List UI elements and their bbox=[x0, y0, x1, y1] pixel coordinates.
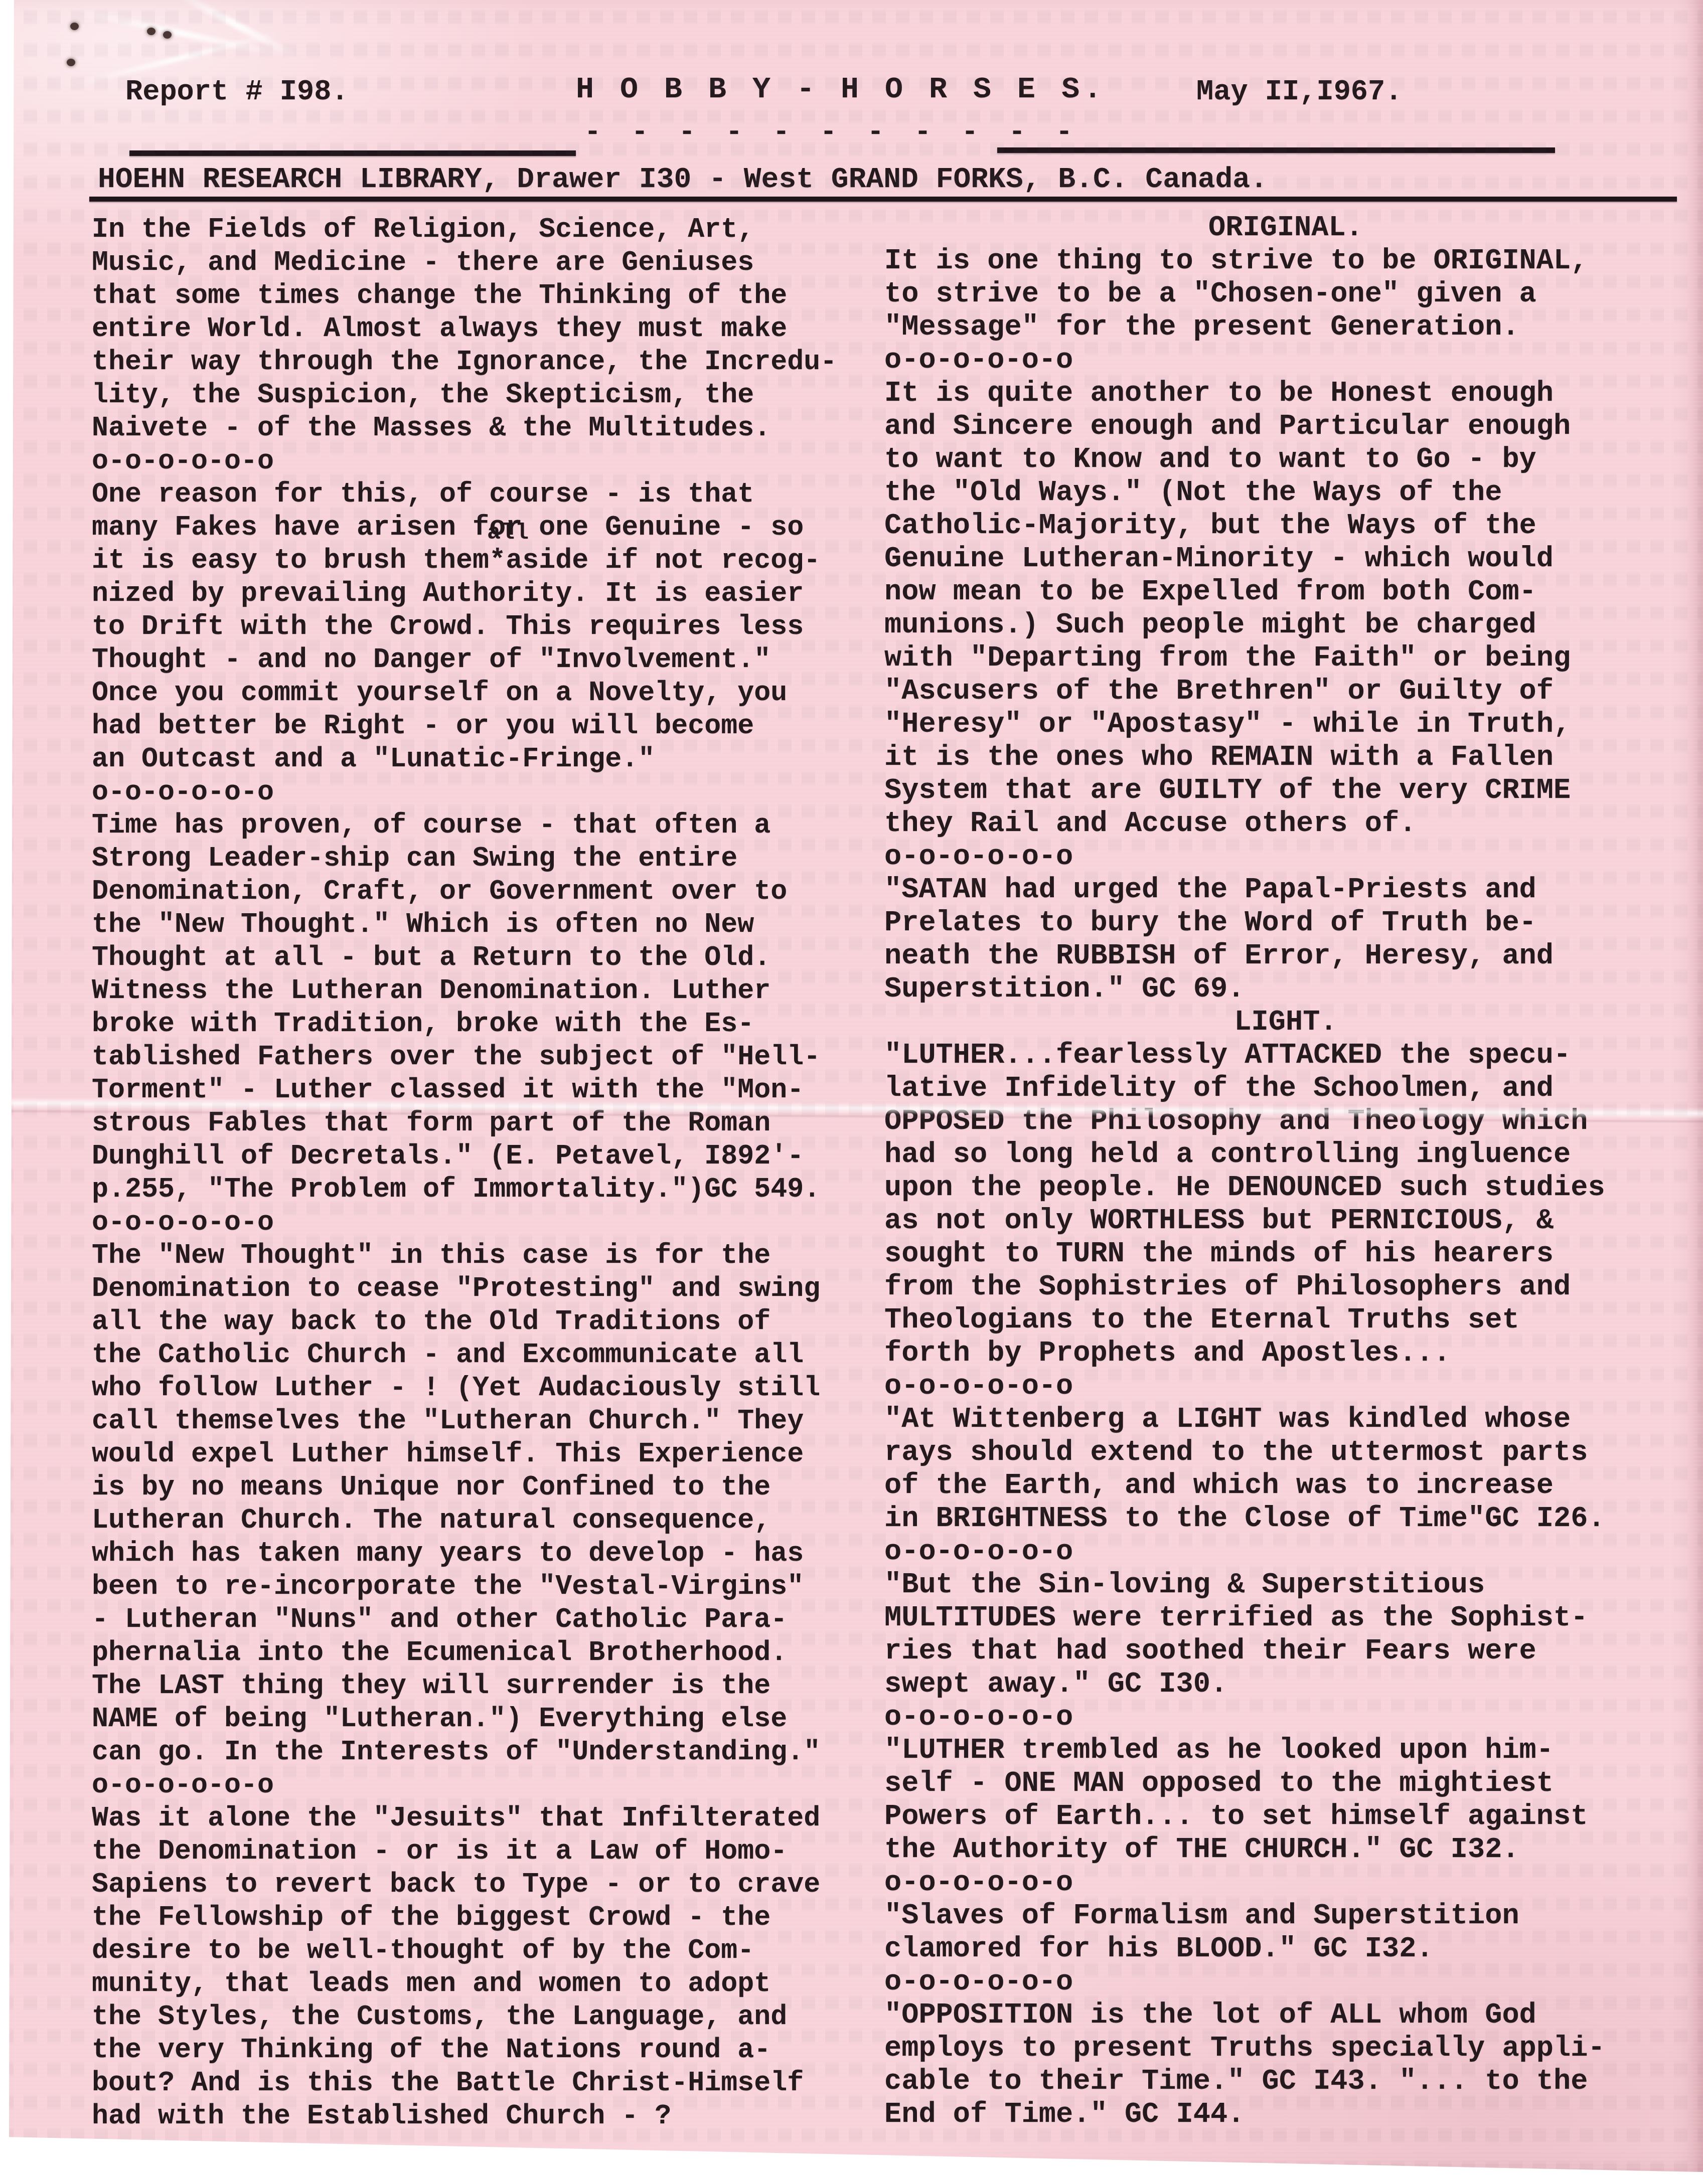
body-line: many Fakes have arisen for one Genuine -… bbox=[92, 511, 867, 544]
body-line: Naivete - of the Masses & the Multitudes… bbox=[92, 412, 867, 445]
body-line: been to re-incorporate the "Vestal-Virgi… bbox=[92, 1570, 867, 1603]
divider-line: o-o-o-o-o-o bbox=[92, 1769, 867, 1802]
body-line: One reason for this, of course - is that bbox=[92, 478, 867, 511]
body-line: tablished Fathers over the subject of "H… bbox=[92, 1041, 867, 1074]
body-line: the "New Thought." Which is often no New bbox=[92, 908, 867, 941]
masthead-rule-left bbox=[129, 150, 576, 156]
staple-hole bbox=[70, 23, 79, 30]
body-line: Theologians to the Eternal Truths set bbox=[884, 1304, 1687, 1337]
body-line: it is easy to brush them*aside if not re… bbox=[92, 544, 867, 577]
body-line: "Slaves of Formalism and Superstition bbox=[884, 1900, 1687, 1933]
body-line: phernalia into the Ecumenical Brotherhoo… bbox=[92, 1636, 867, 1669]
page-title: H O B B Y - H O R S E S. bbox=[576, 73, 1106, 107]
body-line: as not only WORTHLESS but PERNICIOUS, & bbox=[884, 1205, 1687, 1238]
body-line: to Drift with the Crowd. This requires l… bbox=[92, 610, 867, 643]
body-line: that some times change the Thinking of t… bbox=[92, 279, 867, 312]
body-line: neath the RUBBISH of Error, Heresy, and bbox=[884, 940, 1687, 973]
body-line: nized by prevailing Authority. It is eas… bbox=[92, 577, 867, 610]
body-line: "But the Sin-loving & Superstitious bbox=[884, 1569, 1687, 1602]
divider-line: o-o-o-o-o-o bbox=[884, 1370, 1687, 1403]
body-line: and Sincere enough and Particular enough bbox=[884, 410, 1687, 443]
body-line: It is one thing to strive to be ORIGINAL… bbox=[884, 245, 1687, 278]
body-line: Was it alone the "Jesuits" that Infilter… bbox=[92, 1802, 867, 1835]
body-line: "At Wittenberg a LIGHT was kindled whose bbox=[884, 1403, 1687, 1436]
body-line: Genuine Lutheran-Minority - which would bbox=[884, 543, 1687, 576]
staple-hole bbox=[163, 31, 172, 39]
body-line: rays should extend to the uttermost part… bbox=[884, 1436, 1687, 1469]
body-line: sought to TURN the minds of his hearers bbox=[884, 1238, 1687, 1271]
body-line: Denomination, Craft, or Government over … bbox=[92, 875, 867, 908]
body-line: "OPPOSITION is the lot of ALL whom God bbox=[884, 1999, 1687, 2032]
body-line: cable to their Time." GC I43. "... to th… bbox=[884, 2065, 1687, 2098]
section-heading: ORIGINAL. bbox=[884, 212, 1687, 245]
divider-line: o-o-o-o-o-o bbox=[884, 841, 1687, 874]
body-line: had with the Established Church - ? bbox=[92, 2100, 867, 2133]
body-line: "Ascusers of the Brethren" or Guilty of bbox=[884, 675, 1687, 708]
body-line: their way through the Ignorance, the Inc… bbox=[92, 346, 867, 379]
divider-line: o-o-o-o-o-o bbox=[92, 1206, 867, 1239]
body-line: is by no means Unique nor Confined to th… bbox=[92, 1471, 867, 1504]
body-line: Prelates to bury the Word of Truth be- bbox=[884, 907, 1687, 940]
body-line: of the Earth, and which was to increase bbox=[884, 1469, 1687, 1502]
body-line: Music, and Medicine - there are Geniuses bbox=[92, 246, 867, 279]
body-line: call themselves the "Lutheran Church." T… bbox=[92, 1405, 867, 1438]
body-line: System that are GUILTY of the very CRIME bbox=[884, 774, 1687, 807]
body-line: all the way back to the Old Traditions o… bbox=[92, 1305, 867, 1338]
body-line: would expel Luther himself. This Experie… bbox=[92, 1438, 867, 1471]
body-line: had so long held a controlling ingluence bbox=[884, 1138, 1687, 1171]
body-line: It is quite another to be Honest enough bbox=[884, 377, 1687, 410]
body-line: the Styles, the Customs, the Language, a… bbox=[92, 2000, 867, 2034]
section-heading: LIGHT. bbox=[884, 1006, 1687, 1039]
divider-line: o-o-o-o-o-o bbox=[92, 445, 867, 478]
body-line: broke with Tradition, broke with the Es- bbox=[92, 1007, 867, 1041]
address-line: HOEHN RESEARCH LIBRARY, Drawer I30 - Wes… bbox=[98, 163, 1268, 196]
body-line: munions.) Such people might be charged bbox=[884, 609, 1687, 642]
staple-hole bbox=[147, 28, 156, 35]
body-line: bout? And is this the Battle Christ-Hims… bbox=[92, 2067, 867, 2100]
body-line: Lutheran Church. The natural consequence… bbox=[92, 1504, 867, 1537]
body-line: from the Sophistries of Philosophers and bbox=[884, 1271, 1687, 1304]
body-line: Catholic-Majority, but the Ways of the bbox=[884, 510, 1687, 543]
issue-date: May II,I967. bbox=[1196, 76, 1402, 108]
body-line: the "Old Ways." (Not the Ways of the bbox=[884, 476, 1687, 510]
body-line: "LUTHER...fearlessly ATTACKED the specu- bbox=[884, 1039, 1687, 1072]
body-line: who follow Luther - ! (Yet Audaciously s… bbox=[92, 1372, 867, 1405]
divider-line: o-o-o-o-o-o bbox=[884, 344, 1687, 377]
body-line: clamored for his BLOOD." GC I32. bbox=[884, 1933, 1687, 1966]
body-line: the very Thinking of the Nations round a… bbox=[92, 2034, 867, 2067]
body-line: Thought at all - but a Return to the Old… bbox=[92, 941, 867, 974]
masthead-rule-right bbox=[997, 147, 1555, 153]
body-line: the Catholic Church - and Excommunicate … bbox=[92, 1338, 867, 1372]
body-line: lative Infidelity of the Schoolmen, and bbox=[884, 1072, 1687, 1105]
body-line: - Lutheran "Nuns" and other Catholic Par… bbox=[92, 1603, 867, 1636]
body-line: End of Time." GC I44. bbox=[884, 2098, 1687, 2131]
typed-insertion: all bbox=[487, 520, 529, 546]
right-column: ORIGINAL.It is one thing to strive to be… bbox=[884, 212, 1687, 2131]
body-line: "Heresy" or "Apostasy" - while in Truth, bbox=[884, 708, 1687, 741]
newsletter-page: Report # I98. H O B B Y - H O R S E S. M… bbox=[0, 0, 1703, 2184]
body-line: The LAST thing they will surrender is th… bbox=[92, 1669, 867, 1703]
body-line: "SATAN had urged the Papal-Priests and bbox=[884, 874, 1687, 907]
body-line: the Fellowship of the biggest Crowd - th… bbox=[92, 1901, 867, 1934]
body-line: Denomination to cease "Protesting" and s… bbox=[92, 1272, 867, 1305]
body-line: MULTITUDES were terrified as the Sophist… bbox=[884, 1602, 1687, 1635]
body-line: the Authority of THE CHURCH." GC I32. bbox=[884, 1833, 1687, 1867]
body-line: with "Departing from the Faith" or being bbox=[884, 642, 1687, 675]
body-line: munity, that leads men and women to adop… bbox=[92, 1967, 867, 2000]
left-column: all In the Fields of Religion, Science, … bbox=[92, 213, 867, 2133]
body-line: entire World. Almost always they must ma… bbox=[92, 312, 867, 346]
body-line: employs to present Truths specially appl… bbox=[884, 2032, 1687, 2065]
body-line: Once you commit yourself on a Novelty, y… bbox=[92, 677, 867, 710]
masthead-rule-full bbox=[89, 197, 1677, 202]
body-line: it is the ones who REMAIN with a Fallen bbox=[884, 741, 1687, 774]
body-line: The "New Thought" in this case is for th… bbox=[92, 1239, 867, 1272]
body-line: forth by Prophets and Apostles... bbox=[884, 1337, 1687, 1370]
body-line: to strive to be a "Chosen-one" given a bbox=[884, 278, 1687, 311]
body-line: which has taken many years to develop - … bbox=[92, 1537, 867, 1570]
body-line: to want to Know and to want to Go - by bbox=[884, 443, 1687, 476]
body-line: Powers of Earth... to set himself agains… bbox=[884, 1800, 1687, 1833]
body-line: p.255, "The Problem of Immortality.")GC … bbox=[92, 1173, 867, 1206]
body-line: Time has proven, of course - that often … bbox=[92, 809, 867, 842]
body-line: upon the people. He DENOUNCED such studi… bbox=[884, 1171, 1687, 1205]
body-line: they Rail and Accuse others of. bbox=[884, 807, 1687, 841]
body-line: Sapiens to revert back to Type - or to c… bbox=[92, 1868, 867, 1901]
body-line: lity, the Suspicion, the Skepticism, the bbox=[92, 379, 867, 412]
body-line: Strong Leader-ship can Swing the entire bbox=[92, 842, 867, 875]
body-line: now mean to be Expelled from both Com- bbox=[884, 576, 1687, 609]
divider-line: o-o-o-o-o-o bbox=[884, 1701, 1687, 1734]
body-line: ries that had soothed their Fears were bbox=[884, 1635, 1687, 1668]
divider-line: o-o-o-o-o-o bbox=[884, 1536, 1687, 1569]
divider-line: o-o-o-o-o-o bbox=[92, 776, 867, 809]
body-line: In the Fields of Religion, Science, Art, bbox=[92, 213, 867, 246]
staple-hole bbox=[67, 59, 75, 66]
divider-line: o-o-o-o-o-o bbox=[884, 1966, 1687, 1999]
body-line: the Denomination - or is it a Law of Hom… bbox=[92, 1835, 867, 1868]
body-line: Witness the Lutheran Denomination. Luthe… bbox=[92, 974, 867, 1007]
body-line: "LUTHER trembled as he looked upon him- bbox=[884, 1734, 1687, 1767]
body-line: Thought - and no Danger of "Involvement.… bbox=[92, 643, 867, 677]
body-line: Superstition." GC 69. bbox=[884, 973, 1687, 1006]
body-line: an Outcast and a "Lunatic-Fringe." bbox=[92, 743, 867, 776]
report-number: Report # I98. bbox=[125, 76, 349, 108]
body-line: in BRIGHTNESS to the Close of Time"GC I2… bbox=[884, 1502, 1687, 1536]
body-line: can go. In the Interests of "Understandi… bbox=[92, 1736, 867, 1769]
divider-line: o-o-o-o-o-o bbox=[884, 1867, 1687, 1900]
title-underline: - - - - - - - - - - - bbox=[584, 116, 1079, 148]
body-line: Dunghill of Decretals." (E. Petavel, I89… bbox=[92, 1140, 867, 1173]
body-line: "Message" for the present Generation. bbox=[884, 311, 1687, 344]
body-line: NAME of being "Lutheran.") Everything el… bbox=[92, 1703, 867, 1736]
body-line: had better be Right - or you will become bbox=[92, 710, 867, 743]
body-line: self - ONE MAN opposed to the mightiest bbox=[884, 1767, 1687, 1800]
body-line: swept away." GC I30. bbox=[884, 1668, 1687, 1701]
body-line: desire to be well-thought of by the Com- bbox=[92, 1934, 867, 1967]
